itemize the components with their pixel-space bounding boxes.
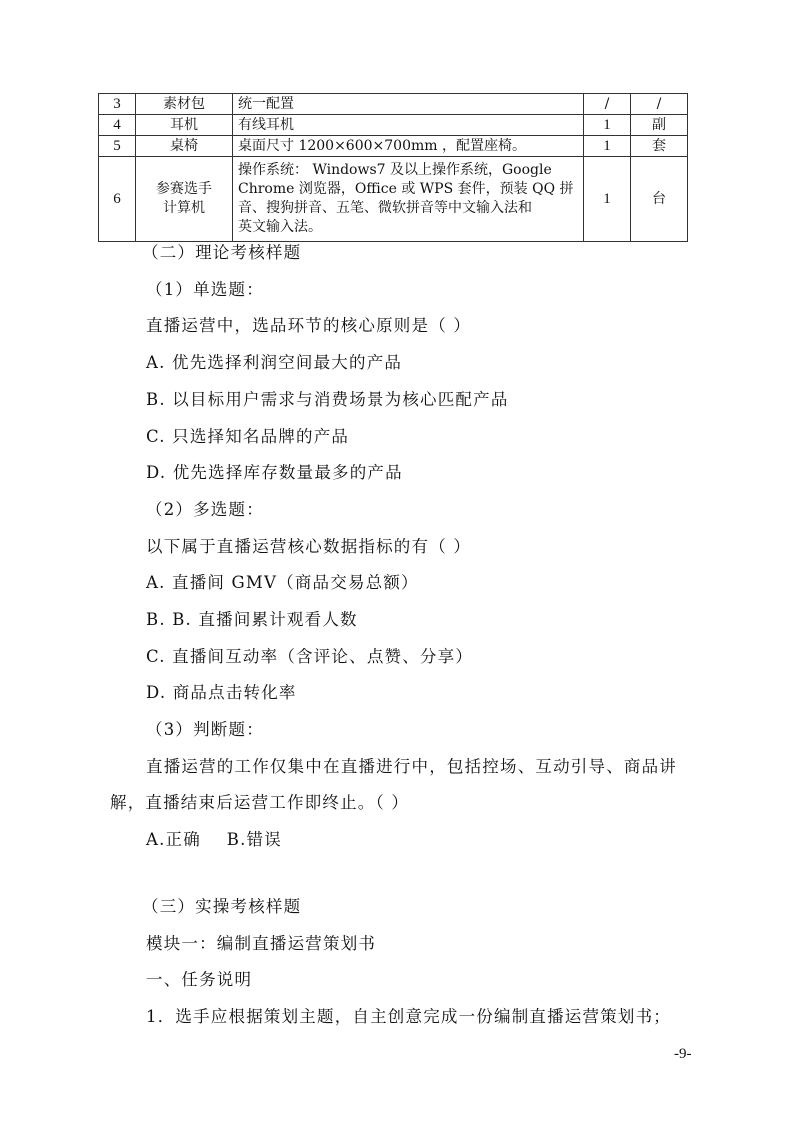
task-subheading: 一、任务说明: [146, 969, 252, 991]
item-quantity: 1: [584, 136, 631, 157]
item-quantity: /: [584, 94, 631, 115]
item-name: 桌椅: [136, 136, 233, 157]
item-unit: 台: [631, 157, 688, 242]
multi-choice-question: 以下属于直播运营核心数据指标的有（ ）: [146, 536, 471, 558]
page-number: -9-: [674, 1046, 692, 1063]
description-line: Chrome 浏览器，Office 或 WPS 套件，预装 QQ 拼: [238, 180, 579, 199]
row-number: 4: [99, 115, 136, 136]
true-false-options: A.正确 B.错误: [146, 829, 282, 851]
multi-choice-option-a: A. 直播间 GMV（商品交易总额）: [146, 572, 419, 594]
table-row: 3 素材包 统一配置 / /: [99, 94, 688, 115]
single-choice-option-d: D. 优先选择库存数量最多的产品: [146, 462, 403, 484]
single-choice-option-a: A. 优先选择利润空间最大的产品: [146, 352, 402, 374]
description-line: 英文输入法。: [238, 218, 579, 237]
row-number: 3: [99, 94, 136, 115]
item-name-line: 参赛选手: [140, 180, 228, 199]
module-title: 模块一：编制直播运营策划书: [146, 933, 376, 955]
true-false-question-line1: 直播运营的工作仅集中在直播进行中，包括控场、互动引导、商品讲: [146, 756, 677, 778]
item-description: 统一配置: [233, 94, 584, 115]
row-number: 5: [99, 136, 136, 157]
single-choice-question: 直播运营中，选品环节的核心原则是（ ）: [146, 315, 471, 337]
item-description: 有线耳机: [233, 115, 584, 136]
item-quantity: 1: [584, 157, 631, 242]
item-unit: /: [631, 94, 688, 115]
item-name: 素材包: [136, 94, 233, 115]
item-unit: 副: [631, 115, 688, 136]
equipment-table: 3 素材包 统一配置 / / 4 耳机 有线耳机 1 副 5 桌椅 桌面尺寸 1…: [98, 93, 688, 242]
table-row: 4 耳机 有线耳机 1 副: [99, 115, 688, 136]
item-unit: 套: [631, 136, 688, 157]
item-description: 桌面尺寸 1200×600×700mm ，配置座椅。: [233, 136, 584, 157]
table-row: 5 桌椅 桌面尺寸 1200×600×700mm ，配置座椅。 1 套: [99, 136, 688, 157]
table-row: 6 参赛选手 计算机 操作系统： Windows7 及以上操作系统，Google…: [99, 157, 688, 242]
multi-choice-option-d: D. 商品点击转化率: [146, 682, 297, 704]
item-name: 耳机: [136, 115, 233, 136]
true-false-label: （3）判断题：: [146, 719, 264, 741]
single-choice-option-b: B. 以目标用户需求与消费场景为核心匹配产品: [146, 389, 509, 411]
description-line: 操作系统： Windows7 及以上操作系统，Google: [238, 161, 579, 180]
multi-choice-option-b: B. B. 直播间累计观看人数: [146, 609, 358, 631]
description-line: 音、搜狗拼音、五笔、微软拼音等中文输入法和: [238, 199, 579, 218]
section-heading-practical: （三）实操考核样题: [142, 896, 301, 918]
item-name-line: 计算机: [140, 199, 228, 218]
document-page: 3 素材包 统一配置 / / 4 耳机 有线耳机 1 副 5 桌椅 桌面尺寸 1…: [0, 0, 800, 1131]
task-item-1: 1．选手应根据策划主题，自主创意完成一份编制直播运营策划书；: [146, 1006, 671, 1028]
section-heading-theory: （二）理论考核样题: [142, 242, 301, 264]
multi-choice-option-c: C. 直播间互动率（含评论、点赞、分享）: [146, 646, 473, 668]
single-choice-option-c: C. 只选择知名品牌的产品: [146, 426, 349, 448]
multi-choice-label: （2）多选题：: [146, 499, 264, 521]
item-description: 操作系统： Windows7 及以上操作系统，Google Chrome 浏览器…: [233, 157, 584, 242]
true-false-question-line2: 解，直播结束后运营工作即终止。（ ）: [110, 792, 409, 814]
item-quantity: 1: [584, 115, 631, 136]
single-choice-label: （1）单选题：: [146, 279, 264, 301]
item-name: 参赛选手 计算机: [136, 157, 233, 242]
row-number: 6: [99, 157, 136, 242]
